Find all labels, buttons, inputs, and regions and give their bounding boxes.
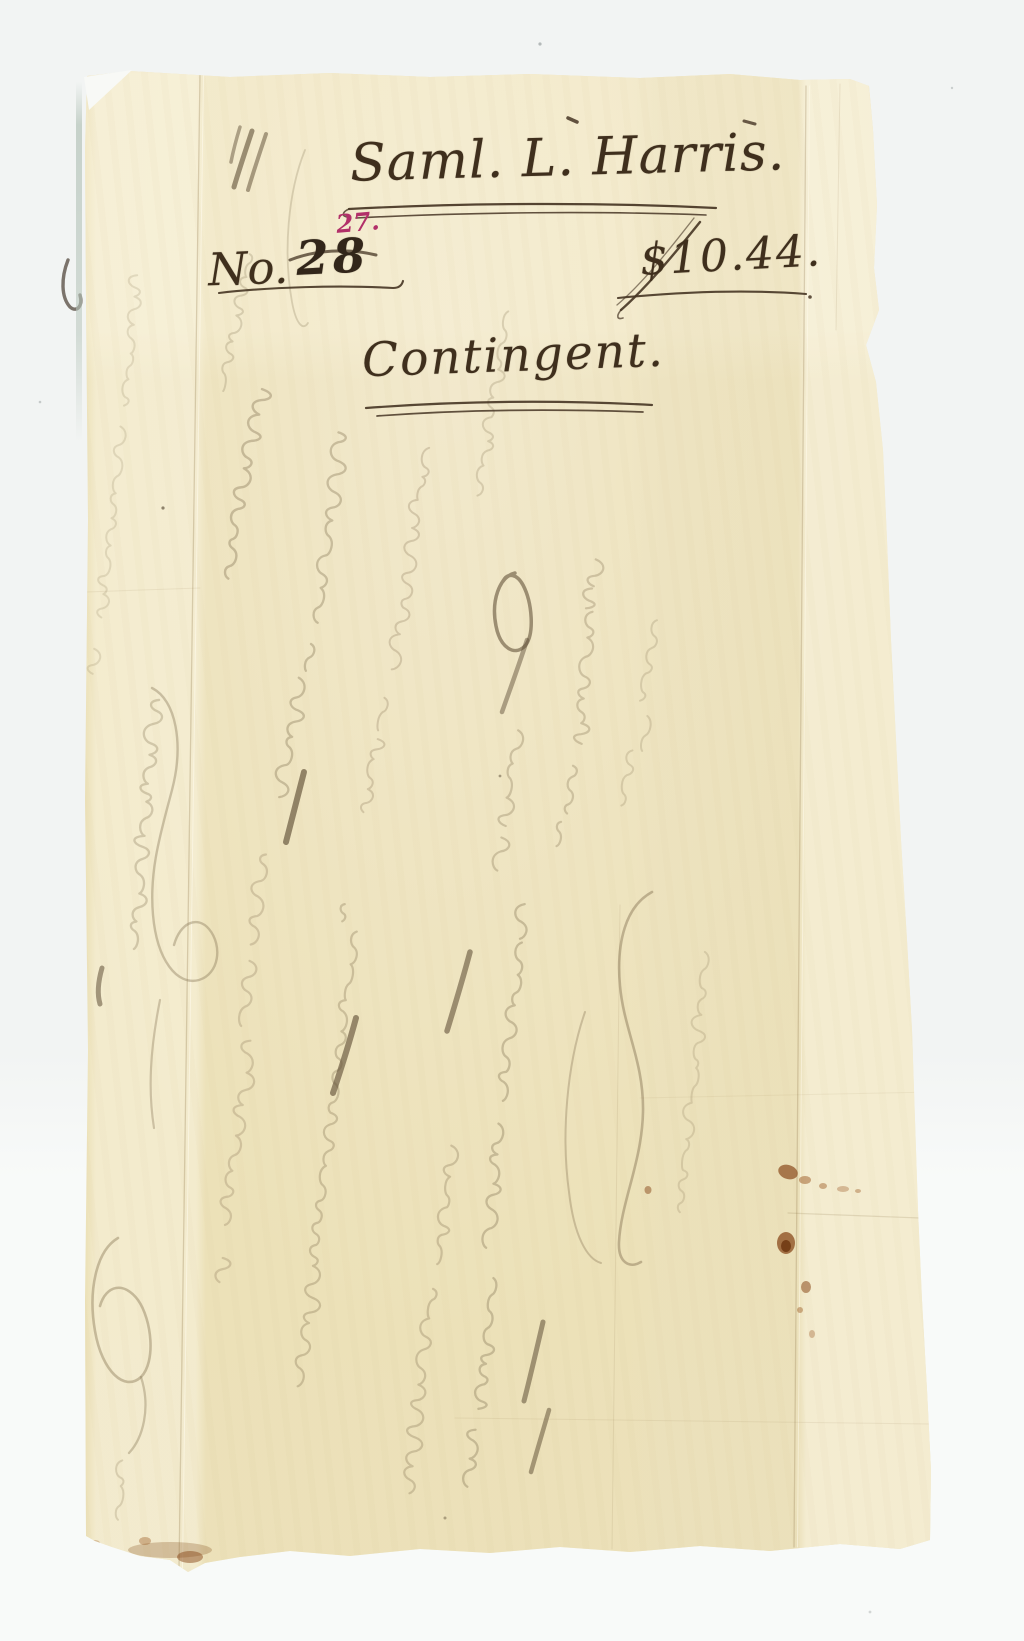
amount-value: $10.44.: [639, 229, 823, 282]
payee-name: Saml. L. Harris.: [349, 126, 785, 189]
scanner-bed: Saml. L. Harris. No. 28 27. $10.44. Cont…: [0, 0, 1024, 1641]
paper-sheet: Saml. L. Harris. No. 28 27. $10.44. Cont…: [0, 0, 1024, 1641]
paper-left-edge-shadow: [76, 82, 82, 442]
fold-creases: [86, 74, 934, 1568]
bleed-through-writing: [81, 253, 713, 1520]
voucher-number-label: No.: [207, 245, 289, 293]
stain-spots: [90, 506, 861, 1563]
voucher-number-value: 28: [295, 232, 371, 283]
voucher-number-correction: 27.: [335, 208, 381, 237]
paper-marks: [0, 0, 1024, 1641]
account-category: Contingent.: [361, 327, 665, 385]
